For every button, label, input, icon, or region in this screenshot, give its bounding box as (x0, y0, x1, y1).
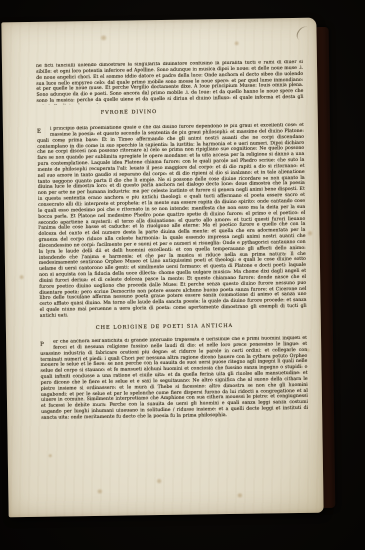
foxing-spot (234, 41, 240, 46)
text-block: ne ficti fanciulli uolendo dimostrare la… (36, 60, 308, 420)
origine-poeti-paragraph: Per che anchora nell'antichita di grande… (40, 336, 308, 420)
fragment-text: ne ficti fanciulli uolendo dimostrare la… (36, 60, 304, 105)
origine-poeti-text: er che anchora nell'antichita di grande … (40, 336, 308, 420)
opening-fragment-paragraph: ne ficti fanciulli uolendo dimostrare la… (36, 60, 304, 105)
foxing-spot (156, 478, 162, 484)
foxing-spot (236, 493, 243, 498)
foxing-spot (48, 454, 53, 458)
foxing-spot (307, 230, 312, 237)
furore-divino-text: l principio della proemiatione quale e c… (37, 123, 307, 319)
furore-divino-paragraph: El principio della proemiatione quale e … (37, 123, 307, 319)
book-photograph: ne ficti fanciulli uolendo dimostrare la… (0, 0, 365, 550)
foxing-spot (96, 489, 103, 494)
ink-smudge-mark (295, 24, 312, 43)
foxing-spot (100, 35, 108, 41)
foxing-spot (19, 274, 24, 280)
paper-page: ne ficti fanciulli uolendo dimostrare la… (1, 18, 323, 518)
guide-initial-letter: P (40, 340, 53, 352)
section-heading-origine-poeti: CHE LORIGINE DE POETI SIA ANTICHA (96, 322, 307, 332)
guide-initial-letter: E (37, 127, 50, 139)
section-heading-furore-divino: FVRORE DIVINO (101, 107, 304, 117)
